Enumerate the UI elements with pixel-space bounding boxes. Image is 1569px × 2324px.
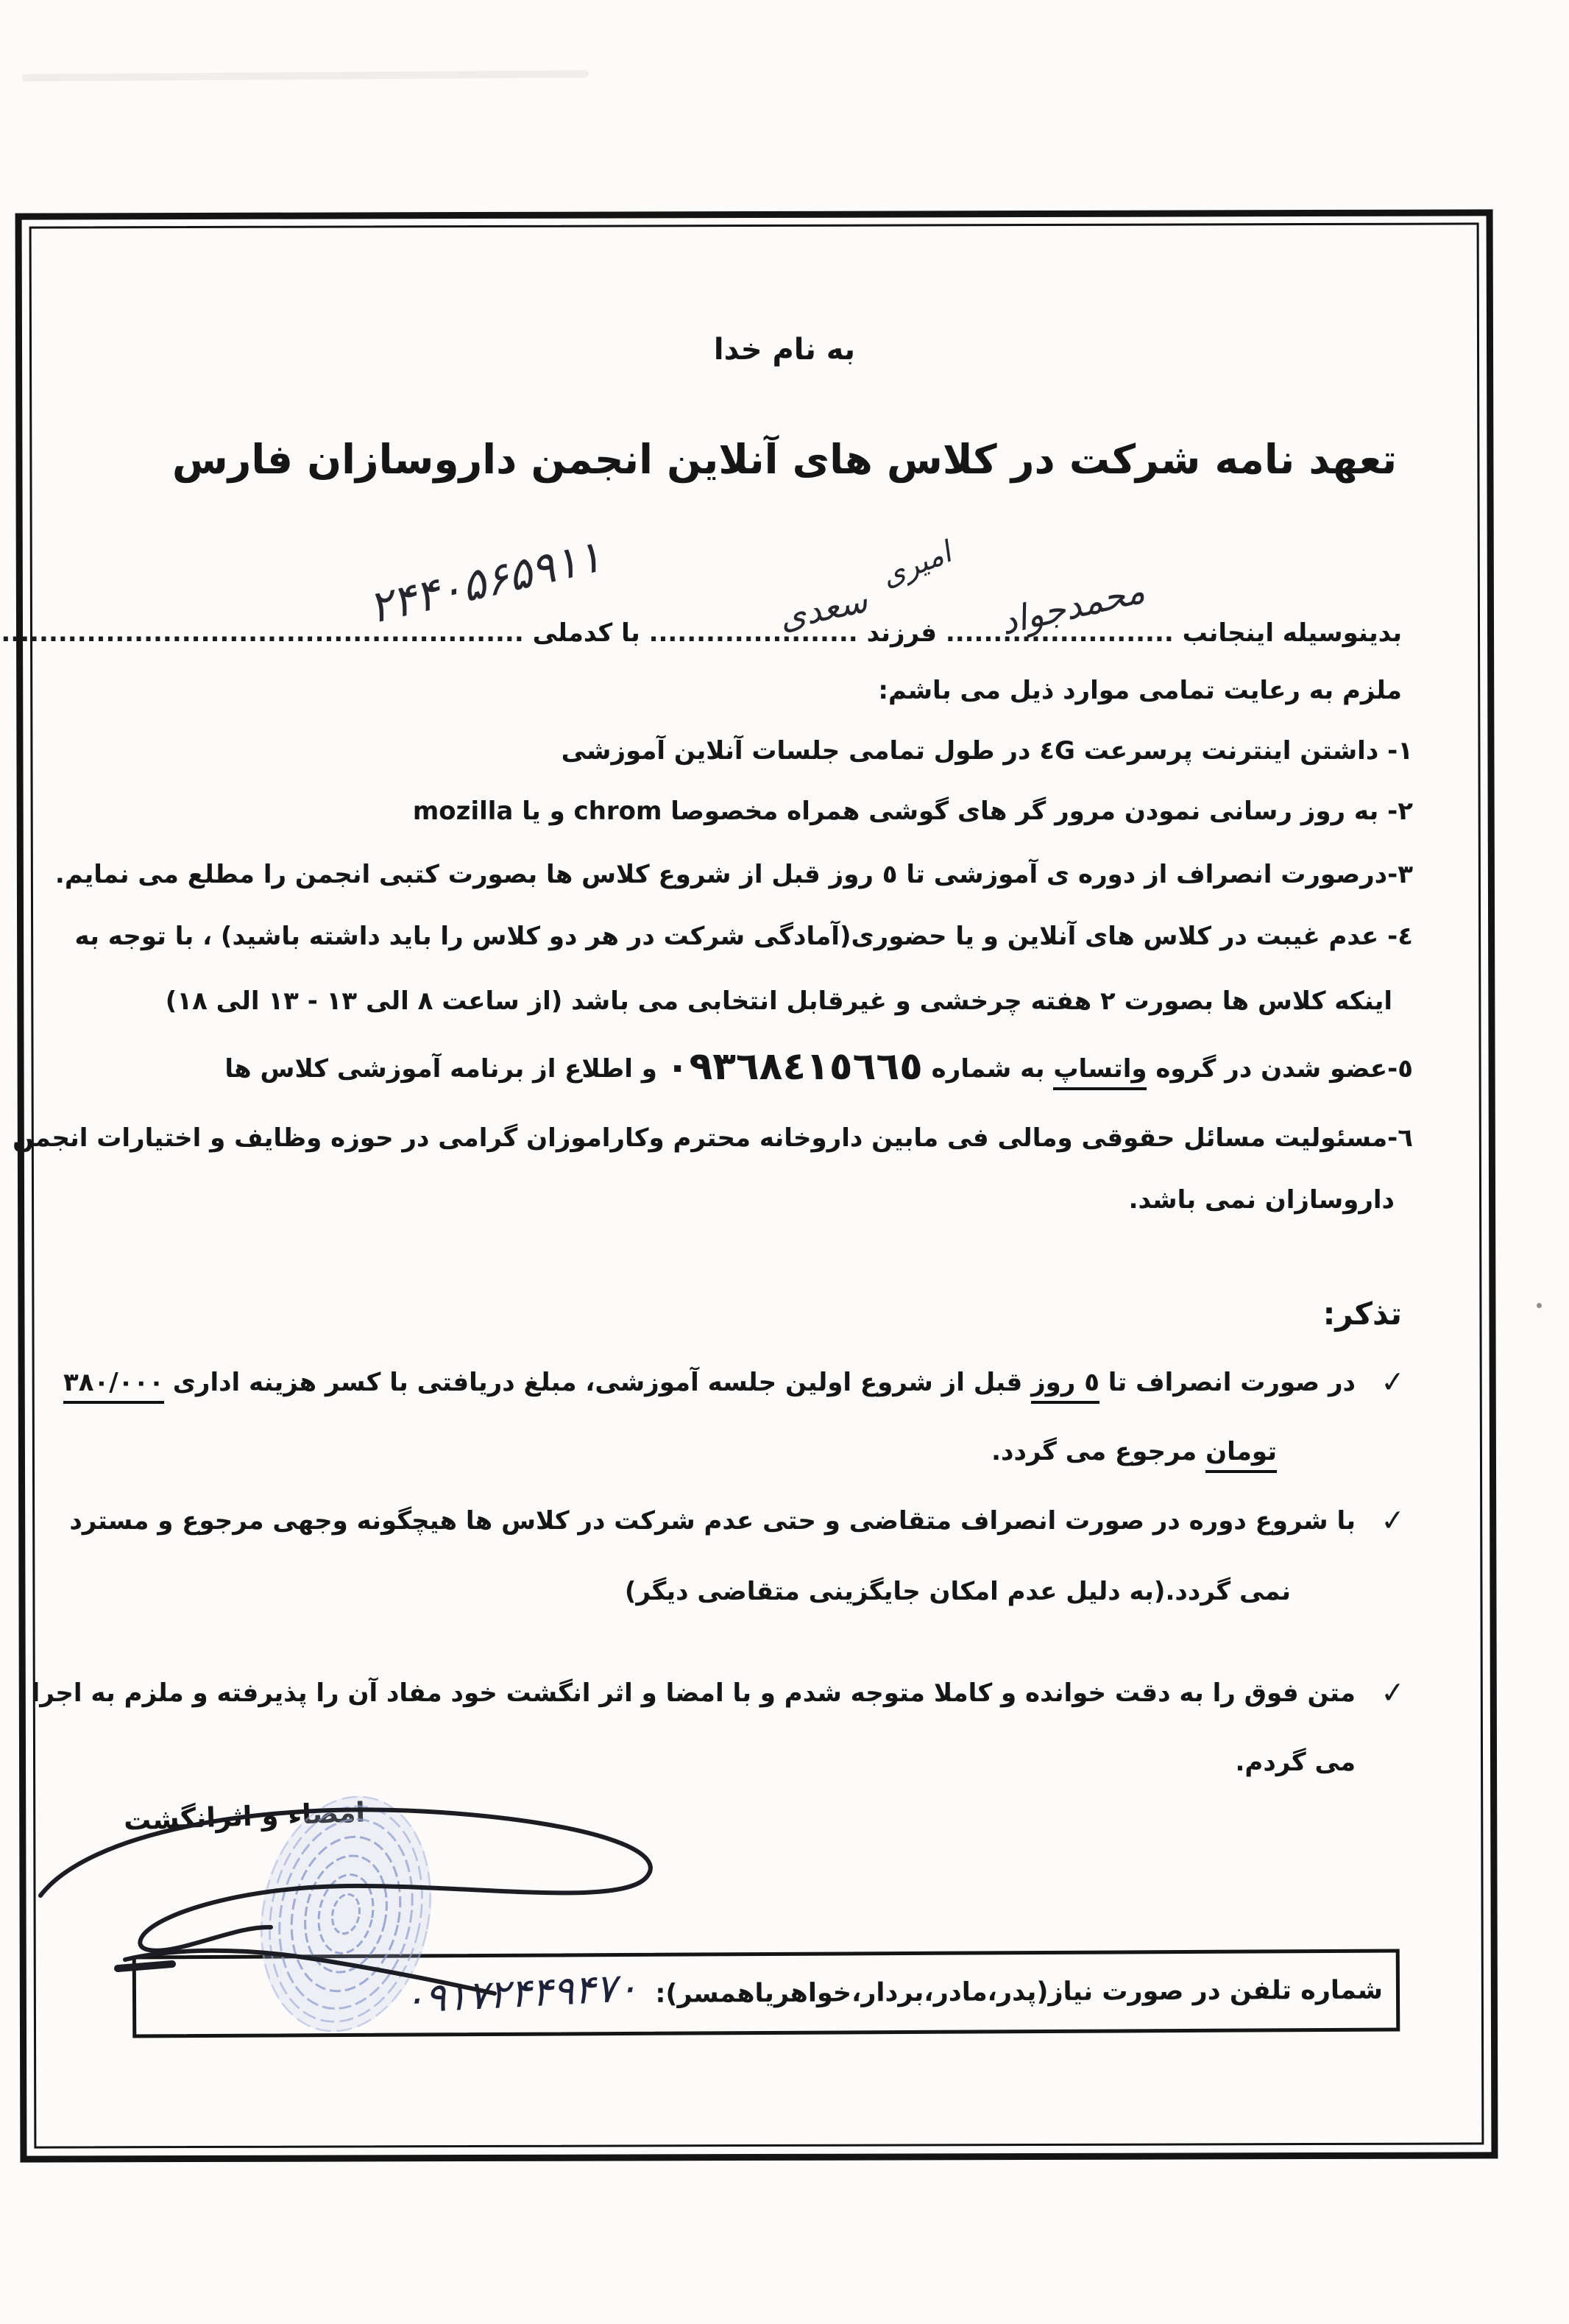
notice-1-line-2-rest: مرجوع می گردد. [991, 1437, 1205, 1466]
checkmark-icon: ✓ [1380, 1365, 1407, 1400]
signature-and-fingerprint [0, 1781, 736, 2054]
page-title: تعهد نامه شرکت در کلاس های آنلاین انجمن … [0, 436, 1569, 483]
notice-1-amount-underlined: ٣٨٠/٠٠٠ [63, 1368, 164, 1404]
guardian-phone-label: شماره تلفن در صورت نیاز(پدر،مادر،بردار،خ… [655, 1953, 1383, 2032]
obligation-line: ملزم به رعایت تمامی موارد ذیل می باشم: [878, 676, 1402, 705]
notice-2-line-1: با شروع دوره در صورت انصراف متقاضی و حتی… [69, 1506, 1356, 1536]
notice-3-line-1: متن فوق را به دقت خوانده و کاملا متوجه ش… [32, 1678, 1356, 1708]
item-5-mid: به شماره [923, 1054, 1054, 1084]
notice-1-days-underlined: ٥ روز [1031, 1368, 1099, 1404]
item-1: ١- داشتن اینترنت پرسرعت ٤G در طول تمامی … [562, 736, 1413, 766]
item-5: ٥-عضو شدن در گروه واتساپ به شماره ٠٩٣٦٨٤… [224, 1042, 1413, 1087]
checkmark-icon: ✓ [1380, 1675, 1407, 1711]
item-6-line-2: داروسازان نمی باشد. [1129, 1185, 1395, 1215]
notice-2-line-2: نمی گردد.(به دلیل عدم امکان جایگزینی متق… [625, 1577, 1291, 1606]
item-6-line-1: ٦-مسئولیت مسائل حقوقی ومالی فی مابین دار… [13, 1123, 1413, 1153]
item-5-rest: و اطلاع از برنامه آموزشی کلاس ها [224, 1054, 665, 1084]
scan-smudge [22, 70, 589, 81]
id-blank-dots: ........................................… [0, 618, 524, 648]
notice-1-line-2: تومان مرجوع می گردد. [991, 1437, 1277, 1466]
item-5-text: ٥-عضو شدن در گروه [1147, 1054, 1413, 1084]
scanned-document-page: به نام خدا تعهد نامه شرکت در کلاس های آن… [0, 0, 1569, 2324]
notice-3-line-2: می گردم. [1236, 1748, 1356, 1777]
item-3: ٣-درصورت انصراف از دوره ی آموزشی تا ٥ رو… [55, 860, 1413, 889]
item-4-line-2: اینکه کلاس ها بصورت ۲ هفته چرخشی و غیرقا… [166, 986, 1392, 1016]
intro-text-1: بدینوسیله اینجانب [1183, 618, 1402, 648]
item-5-whatsapp-number: ٠٩٣٦٨٤١٥٦٦٥ [666, 1045, 923, 1089]
notice-heading: تذکر: [1323, 1296, 1402, 1332]
item-2: ٢- به روز رسانی نمودن مرور گر های گوشی ه… [413, 797, 1413, 826]
item-1-text: ١- داشتن اینترنت پرسرعت [1075, 736, 1413, 766]
item-4-line-1: ٤- عدم غیبت در کلاس های آنلاین و یا حضور… [75, 922, 1413, 951]
scan-artifact-dot [1537, 1303, 1542, 1308]
item-1-rest: در طول تمامی جلسات آنلاین آموزشی [562, 736, 1040, 766]
notice-1-line-1: در صورت انصراف تا ٥ روز قبل از شروع اولی… [63, 1368, 1356, 1397]
intro-text-2: فرزند [867, 618, 937, 648]
item-5-whatsapp: واتساپ [1053, 1054, 1147, 1090]
item-1-4g: ٤G [1039, 736, 1075, 766]
intro-line: بدینوسیله اینجانب ......................… [0, 618, 1402, 648]
intro-text-3: با کدملی [533, 618, 640, 648]
notice-1-text: در صورت انصراف تا [1099, 1368, 1356, 1397]
checkmark-icon: ✓ [1380, 1503, 1407, 1539]
fingerprint-icon [239, 1781, 453, 2048]
notice-1-toman-underlined: تومان [1205, 1437, 1277, 1473]
bismillah-text: به نام خدا [0, 333, 1569, 367]
notice-1-mid: قبل از شروع اولین جلسه آموزشی، مبلغ دریا… [164, 1368, 1031, 1397]
